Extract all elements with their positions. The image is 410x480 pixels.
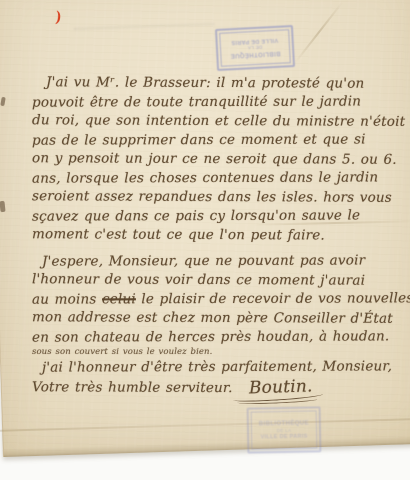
scanned-letter-page: { "letter": { "lines": [ { "text": "J'ai… xyxy=(0,0,410,480)
closing-line: Votre très humble serviteur.Boutin. xyxy=(32,377,404,398)
handwritten-line: au moins celui le plaisir de recevoir de… xyxy=(32,289,404,309)
handwritten-line: du roi, que son intention et celle du mi… xyxy=(32,111,404,132)
interline-insertion: sous son couvert si vous le voulez bien. xyxy=(32,347,404,358)
stamp-line: VILLE DE PARIS xyxy=(261,433,308,440)
handwritten-line: on y pensoit un jour ce ne seroit que da… xyxy=(32,149,404,170)
handwritten-line: J'ai vu Mʳ. le Brasseur: il m'a protesté… xyxy=(32,73,404,94)
line-segment: le plaisir de recevoir de vos nouvelles. xyxy=(136,290,410,307)
stamp-line: DE LA xyxy=(248,45,263,51)
handwritten-line: seroient assez repandues dans les isles.… xyxy=(32,187,404,208)
handwritten-line: j'ai l'honneur d'être très parfaitement,… xyxy=(32,357,404,377)
library-stamp-frame: BIBLIOTHÈQUE DE LA VILLE DE PARIS xyxy=(251,410,318,449)
handwritten-line: sçavez que dans ce pais cy lorsqu'on sau… xyxy=(32,206,404,226)
line-segment: au moins xyxy=(32,291,102,307)
closing-text: Votre très humble serviteur. xyxy=(32,379,233,396)
library-stamp-top: BIBLIOTHÈQUE DE LA VILLE DE PARIS xyxy=(215,25,295,71)
handwritten-line: pouvoit être de toute tranquillité sur l… xyxy=(32,92,404,112)
handwritten-letter-text: J'ai vu Mʳ. le Brasseur: il m'a protesté… xyxy=(32,74,404,397)
handwritten-line: en son chateau de herces près houdan, à … xyxy=(32,327,404,347)
handwritten-line: J'espere, Monsieur, que ne pouvant pas a… xyxy=(32,251,404,271)
handwritten-line: mon addresse est chez mon père Conseille… xyxy=(32,308,404,329)
signature: Boutin. xyxy=(246,377,318,400)
handwritten-line: pas de le supprimer dans ce moment et qu… xyxy=(32,130,404,150)
stamp-line: BIBLIOTHÈQUE xyxy=(230,50,280,59)
library-stamp-frame: BIBLIOTHÈQUE DE LA VILLE DE PARIS xyxy=(219,29,291,67)
stamp-line: BIBLIOTHÈQUE xyxy=(259,420,309,427)
handwritten-line: moment c'est tout ce que l'on peut faire… xyxy=(32,225,404,246)
stamp-line: DE LA xyxy=(277,427,292,432)
strikethrough-word: celui xyxy=(102,291,136,307)
library-stamp-bottom: BIBLIOTHÈQUE DE LA VILLE DE PARIS xyxy=(247,406,322,453)
stamp-line: VILLE DE PARIS xyxy=(231,37,278,45)
handwritten-line: l'honneur de vous voir dans ce moment j'… xyxy=(32,270,404,291)
handwritten-line: ans, lorsque les choses contenues dans l… xyxy=(32,168,404,188)
